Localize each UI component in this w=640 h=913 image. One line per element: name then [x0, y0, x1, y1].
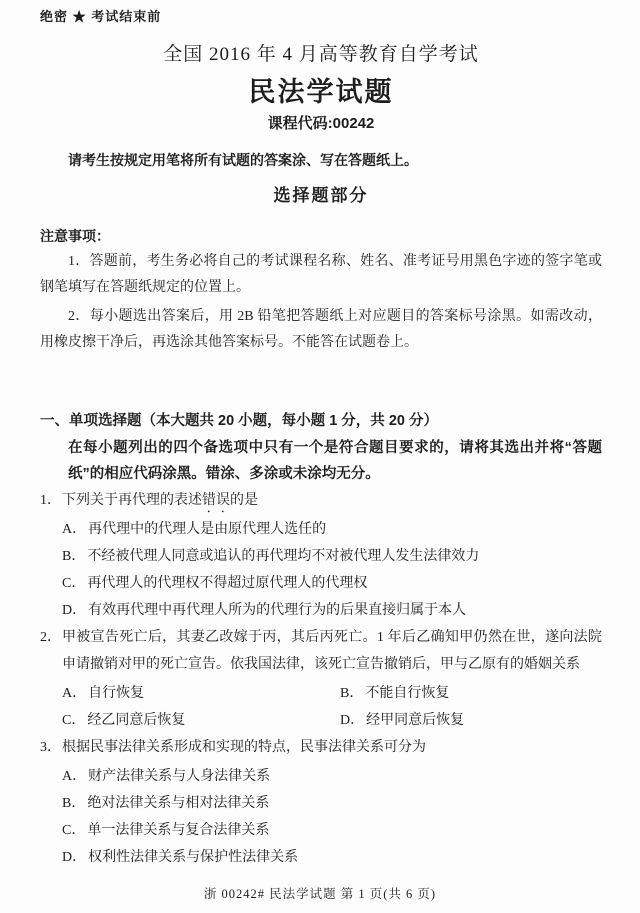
- question-3-options: A．财产法律关系与人身法律关系 B．绝对法律关系与相对法律关系 C．单一法律关系…: [62, 763, 602, 871]
- option-text: 经甲同意后恢复: [366, 713, 464, 728]
- option-label: B．: [62, 549, 85, 564]
- option-label: C．: [62, 713, 85, 728]
- stem-emphasized-text: 错误: [202, 493, 230, 508]
- stem-text: 的是: [230, 493, 258, 508]
- classification-banner: 绝密 ★ 考试结束前: [40, 8, 602, 26]
- question-1: 1．下列关于再代理的表述错误的是 A．再代理中的代理人是由原代理人选任的 B．不…: [40, 487, 602, 624]
- note-item: 2．每小题选出答案后，用 2B 铅笔把答题纸上对应题目的答案标号涂黑。如需改动，…: [40, 304, 602, 356]
- option-a: A．财产法律关系与人身法律关系: [62, 763, 602, 790]
- option-c: C．再代理人的代理权不得超过原代理人的代理权: [62, 570, 602, 597]
- question-number: 2．: [40, 624, 61, 651]
- option-text: 自行恢复: [88, 686, 144, 701]
- question-3-stem: 3．根据民事法律关系形成和实现的特点，民事法律关系可分为: [40, 734, 602, 763]
- option-text: 绝对法律关系与相对法律关系: [87, 796, 269, 811]
- part-title: 选择题部分: [40, 184, 602, 208]
- question-2-stem: 2．甲被宣告死亡后，其妻乙改嫁于丙，其后丙死亡。1 年后乙确知甲仍然在世，遂向法…: [40, 624, 602, 680]
- option-text: 经乙同意后恢复: [87, 713, 185, 728]
- option-text: 不能自行恢复: [365, 686, 449, 701]
- stem-text: 下列关于再代理的表述: [62, 493, 202, 508]
- option-label: D．: [62, 850, 86, 865]
- question-1-options: A．再代理中的代理人是由原代理人选任的 B．不经被代理人同意或追认的再代理均不对…: [62, 516, 602, 624]
- page-footer: 浙 00242# 民法学试题 第 1 页(共 6 页): [0, 886, 640, 903]
- option-label: C．: [62, 576, 85, 591]
- paper-title: 民法学试题: [40, 74, 602, 110]
- section-one-instructions: 在每小题列出的四个备选项中只有一个是符合题目要求的，请将其选出并将“答题纸”的相…: [68, 435, 602, 487]
- question-3: 3．根据民事法律关系形成和实现的特点，民事法律关系可分为 A．财产法律关系与人身…: [40, 734, 602, 871]
- option-c: C．经乙同意后恢复: [62, 707, 340, 734]
- option-text: 不经被代理人同意或追认的再代理均不对被代理人发生法律效力: [87, 549, 479, 564]
- question-number: 3．: [40, 734, 61, 761]
- question-2: 2．甲被宣告死亡后，其妻乙改嫁于丙，其后丙死亡。1 年后乙确知甲仍然在世，遂向法…: [40, 624, 602, 734]
- option-text: 再代理人的代理权不得超过原代理人的代理权: [87, 576, 367, 591]
- option-text: 再代理中的代理人是由原代理人选任的: [88, 522, 326, 537]
- option-b: B．不经被代理人同意或追认的再代理均不对被代理人发生法律效力: [62, 543, 602, 570]
- question-number: 1．: [40, 487, 61, 514]
- option-c: C．单一法律关系与复合法律关系: [62, 817, 602, 844]
- question-1-stem: 1．下列关于再代理的表述错误的是: [40, 487, 602, 516]
- option-d: D．经甲同意后恢复: [340, 707, 602, 734]
- option-a: A．自行恢复: [62, 680, 340, 707]
- note-item: 1．答题前，考生务必将自己的考试课程名称、姓名、准考证号用黑色字迹的签字笔或钢笔…: [40, 249, 602, 301]
- option-label: D．: [340, 713, 364, 728]
- option-d: D．权利性法律关系与保护性法律关系: [62, 844, 602, 871]
- option-d: D．有效再代理中再代理人所为的代理行为的后果直接归属于本人: [62, 597, 602, 624]
- exam-session-title: 全国 2016 年 4 月高等教育自学考试: [40, 42, 602, 68]
- option-label: A．: [62, 522, 86, 537]
- notes-title: 注意事项：: [40, 226, 602, 246]
- option-text: 单一法律关系与复合法律关系: [87, 823, 269, 838]
- option-b: B．不能自行恢复: [340, 680, 602, 707]
- option-label: B．: [62, 796, 85, 811]
- option-text: 财产法律关系与人身法律关系: [88, 769, 270, 784]
- exam-paper-page: 绝密 ★ 考试结束前 全国 2016 年 4 月高等教育自学考试 民法学试题 课…: [0, 0, 640, 913]
- stem-text: 甲被宣告死亡后，其妻乙改嫁于丙，其后丙死亡。1 年后乙确知甲仍然在世，遂向法院申…: [62, 630, 602, 672]
- option-label: A．: [62, 686, 86, 701]
- option-text: 有效再代理中再代理人所为的代理行为的后果直接归属于本人: [88, 603, 466, 618]
- question-2-options: A．自行恢复 B．不能自行恢复 C．经乙同意后恢复 D．经甲同意后恢复: [62, 680, 602, 734]
- option-label: B．: [340, 686, 363, 701]
- stem-text: 根据民事法律关系形成和实现的特点，民事法律关系可分为: [62, 740, 426, 755]
- option-label: D．: [62, 603, 86, 618]
- option-text: 权利性法律关系与保护性法律关系: [88, 850, 298, 865]
- course-code: 课程代码:00242: [40, 114, 602, 134]
- option-b: B．绝对法律关系与相对法律关系: [62, 790, 602, 817]
- answer-sheet-instruction: 请考生按规定用笔将所有试题的答案涂、写在答题纸上。: [40, 150, 602, 170]
- option-label: C．: [62, 823, 85, 838]
- section-one-heading: 一、单项选择题（本大题共 20 小题，每小题 1 分，共 20 分）: [40, 408, 602, 435]
- option-label: A．: [62, 769, 86, 784]
- option-a: A．再代理中的代理人是由原代理人选任的: [62, 516, 602, 543]
